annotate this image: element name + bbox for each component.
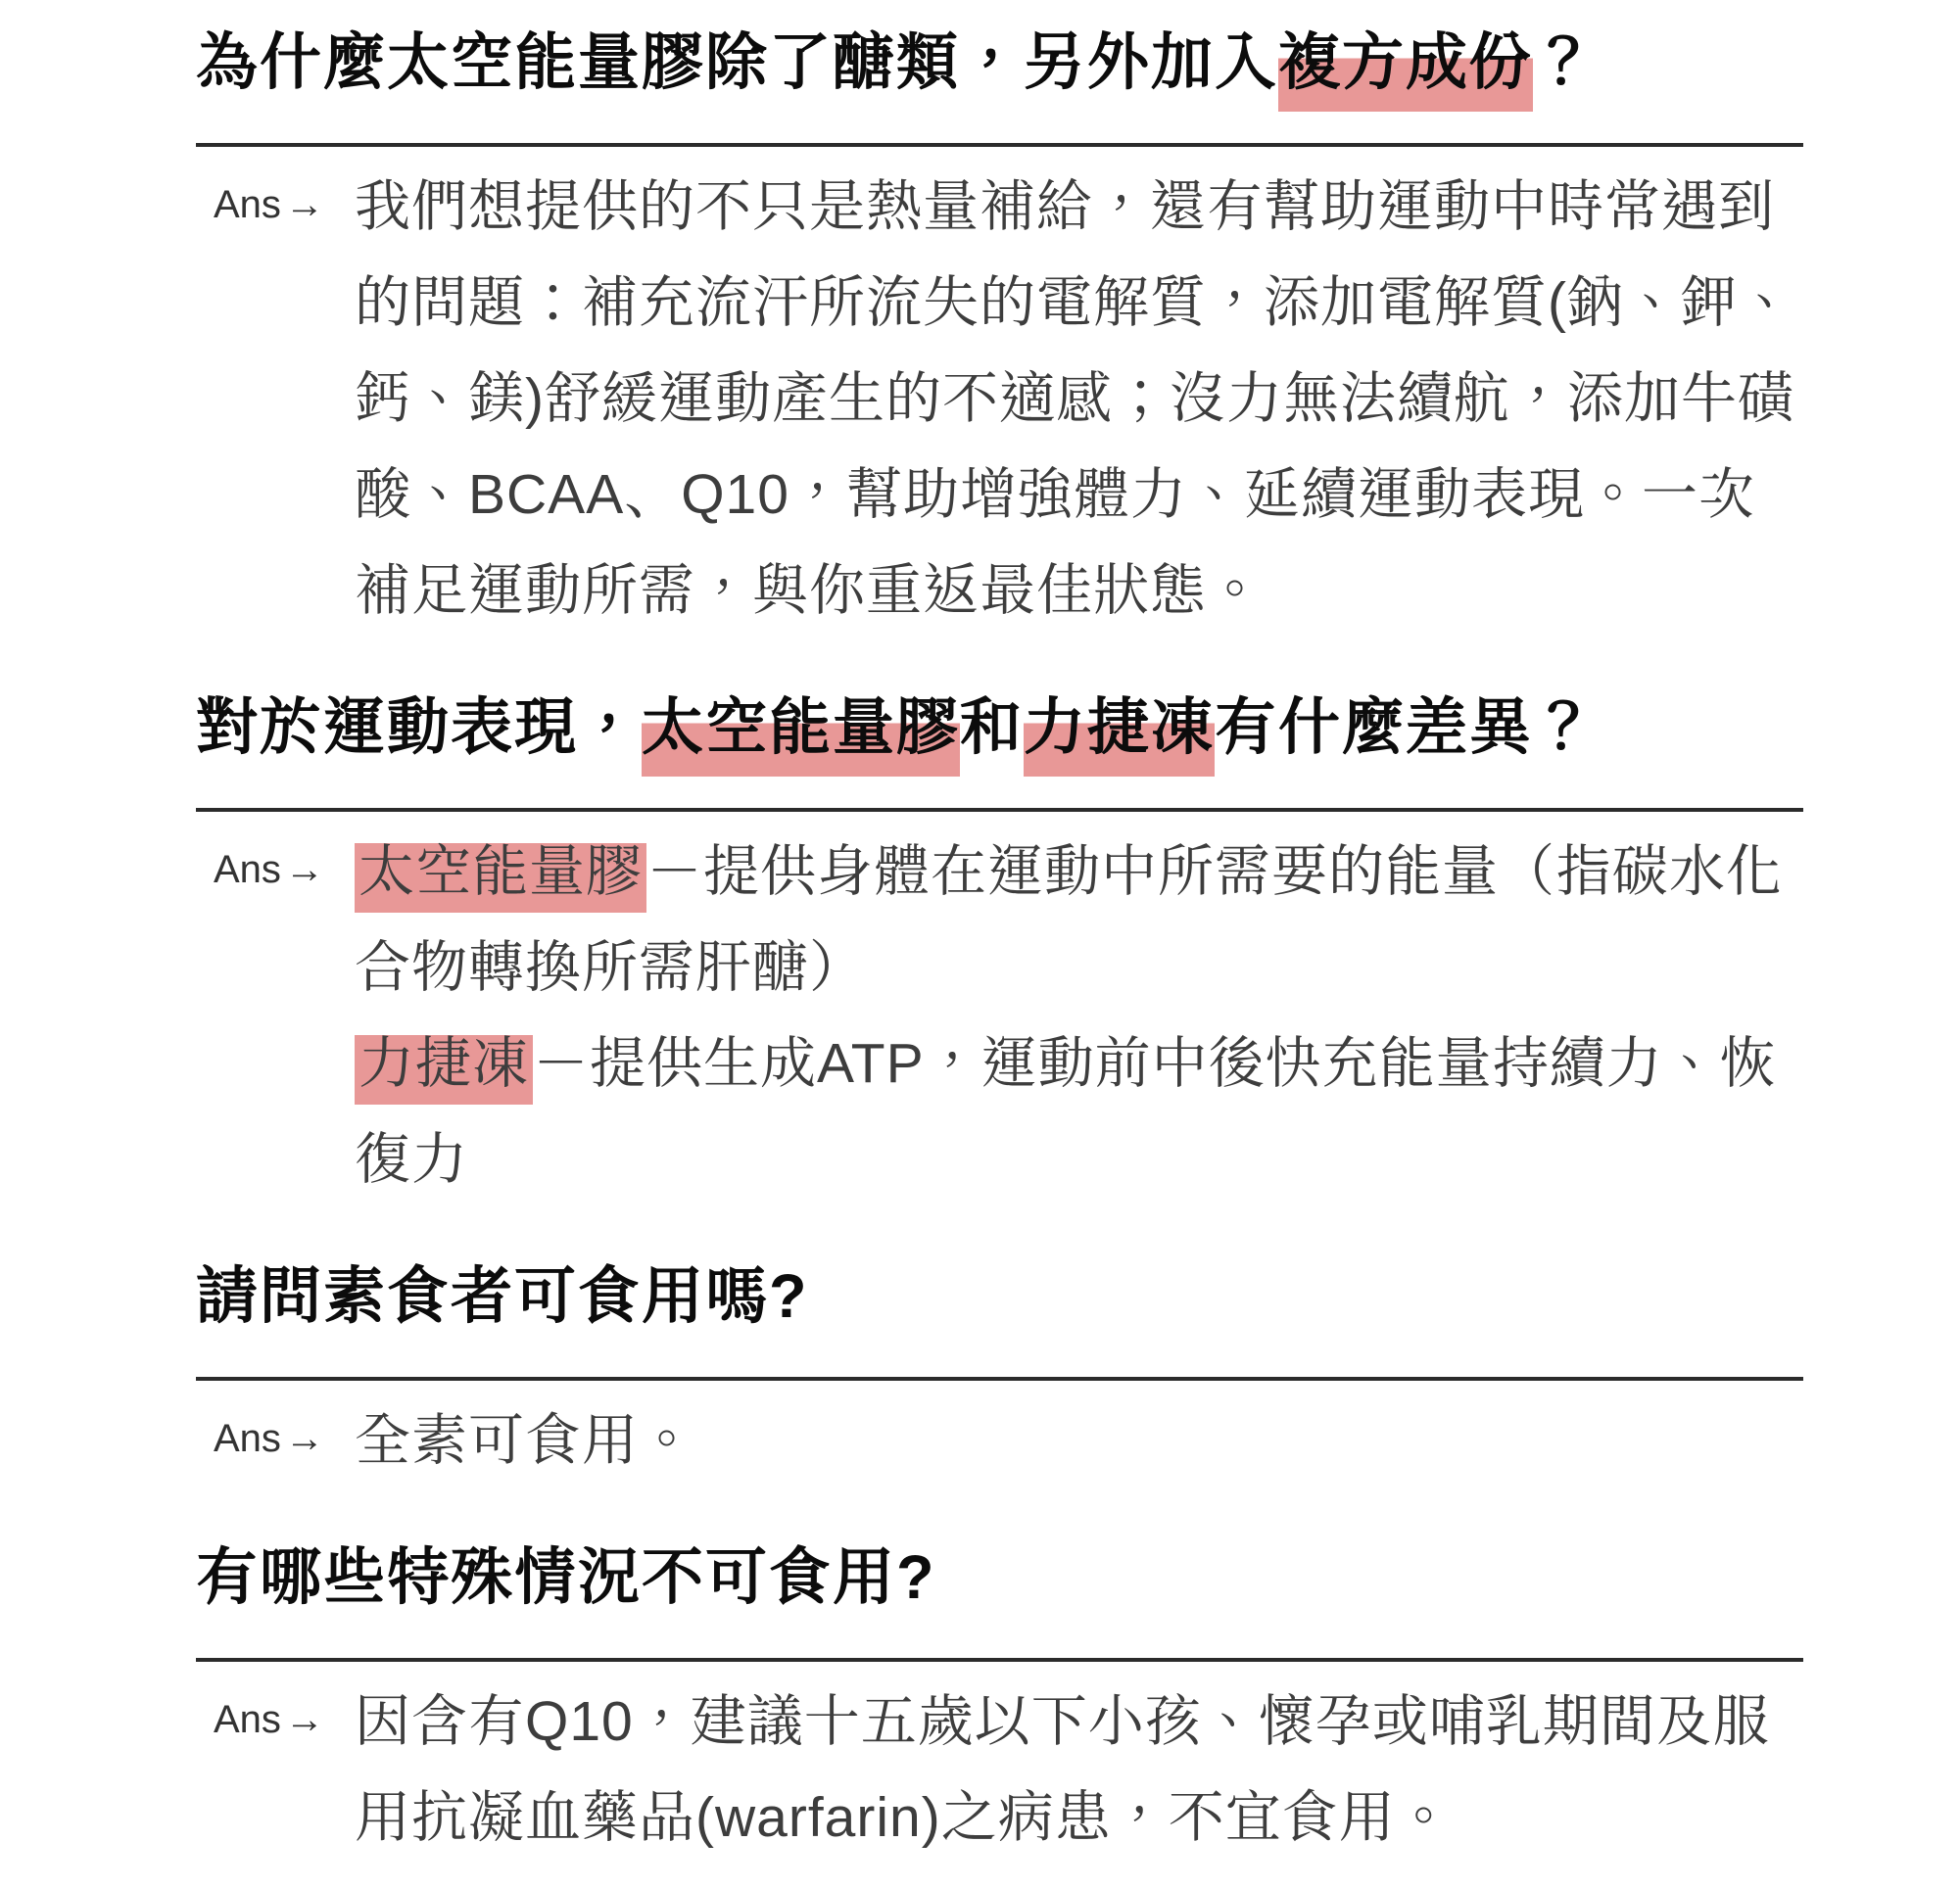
divider-rule xyxy=(196,808,1803,812)
text-run: 我們想提供的不只是熱量補給，還有幫助運動中時常遇到的問題：補充流汗所流失的電解質… xyxy=(355,175,1794,622)
highlighted-term: 力捷凍 xyxy=(355,1032,533,1105)
arrow-right-icon: → xyxy=(285,183,324,226)
answer-label: Ans→ xyxy=(196,159,355,227)
faq-answer: 我們想提供的不只是熱量補給，還有幫助運動中時常遇到的問題：補充流汗所流失的電解質… xyxy=(355,159,1803,638)
highlighted-term: 太空能量膠 xyxy=(355,840,646,913)
faq-item: 有哪些特殊情況不可食用? Ans→ 因含有Q10，建議十五歲以下小孩、懷孕或哺乳… xyxy=(196,1539,1803,1865)
faq-item: 請問素食者可食用嗎? Ans→ 全素可食用。 xyxy=(196,1258,1803,1488)
answer-label-text: Ans xyxy=(214,1698,281,1741)
answer-label-text: Ans xyxy=(214,848,281,891)
faq-answer-row: Ans→ 我們想提供的不只是熱量補給，還有幫助運動中時常遇到的問題：補充流汗所流… xyxy=(196,159,1803,638)
faq-answer: 太空能量膠－提供身體在運動中所需要的能量（指碳水化合物轉換所需肝醣）力捷凍－提供… xyxy=(355,824,1803,1207)
highlighted-term: 力捷凍 xyxy=(1024,693,1215,777)
text-run: 和 xyxy=(960,693,1024,762)
answer-label: Ans→ xyxy=(196,1674,355,1742)
divider-rule xyxy=(196,1377,1803,1381)
faq-item: 為什麼太空能量膠除了醣類，另外加入複方成份？ Ans→ 我們想提供的不只是熱量補… xyxy=(196,24,1803,638)
faq-answer: 因含有Q10，建議十五歲以下小孩、懷孕或哺乳期間及服用抗凝血藥品(warfari… xyxy=(355,1674,1803,1865)
text-run: －提供生成ATP，運動前中後快充能量持續力、恢復力 xyxy=(355,1032,1777,1191)
arrow-right-icon: → xyxy=(285,1698,324,1741)
highlighted-term: 複方成份 xyxy=(1278,28,1533,112)
faq-answer-row: Ans→ 太空能量膠－提供身體在運動中所需要的能量（指碳水化合物轉換所需肝醣）力… xyxy=(196,824,1803,1207)
faq-question: 對於運動表現，太空能量膠和力捷凍有什麼差異？ xyxy=(196,689,1803,766)
arrow-right-icon: → xyxy=(285,848,324,891)
text-run: 全素可食用。 xyxy=(355,1409,695,1472)
highlighted-term: 太空能量膠 xyxy=(642,693,960,777)
text-run: ？ xyxy=(1533,28,1597,97)
faq-item: 對於運動表現，太空能量膠和力捷凍有什麼差異？ Ans→ 太空能量膠－提供身體在運… xyxy=(196,689,1803,1207)
text-run: 為什麼太空能量膠除了醣類，另外加入 xyxy=(196,28,1278,97)
arrow-right-icon: → xyxy=(285,1417,324,1460)
text-run: 因含有Q10，建議十五歲以下小孩、懷孕或哺乳期間及服用抗凝血藥品(warfari… xyxy=(355,1690,1770,1849)
faq-question: 為什麼太空能量膠除了醣類，另外加入複方成份？ xyxy=(196,24,1803,101)
answer-label-text: Ans xyxy=(214,183,281,226)
text-run: 請問素食者可食用嗎? xyxy=(196,1262,808,1331)
divider-rule xyxy=(196,1658,1803,1662)
faq-list: 為什麼太空能量膠除了醣類，另外加入複方成份？ Ans→ 我們想提供的不只是熱量補… xyxy=(196,24,1803,1865)
faq-question: 有哪些特殊情況不可食用? xyxy=(196,1539,1803,1616)
text-run: 有什麼差異？ xyxy=(1215,693,1597,762)
faq-question: 請問素食者可食用嗎? xyxy=(196,1258,1803,1335)
faq-answer-row: Ans→ 因含有Q10，建議十五歲以下小孩、懷孕或哺乳期間及服用抗凝血藥品(wa… xyxy=(196,1674,1803,1865)
faq-answer-row: Ans→ 全素可食用。 xyxy=(196,1393,1803,1488)
answer-label: Ans→ xyxy=(196,824,355,892)
faq-page: 為什麼太空能量膠除了醣類，另外加入複方成份？ Ans→ 我們想提供的不只是熱量補… xyxy=(0,0,1960,1889)
text-run: 有哪些特殊情況不可食用? xyxy=(196,1543,935,1612)
answer-label-text: Ans xyxy=(214,1417,281,1460)
faq-answer: 全素可食用。 xyxy=(355,1393,1803,1488)
text-run: 對於運動表現， xyxy=(196,693,642,762)
answer-label: Ans→ xyxy=(196,1393,355,1461)
divider-rule xyxy=(196,143,1803,147)
